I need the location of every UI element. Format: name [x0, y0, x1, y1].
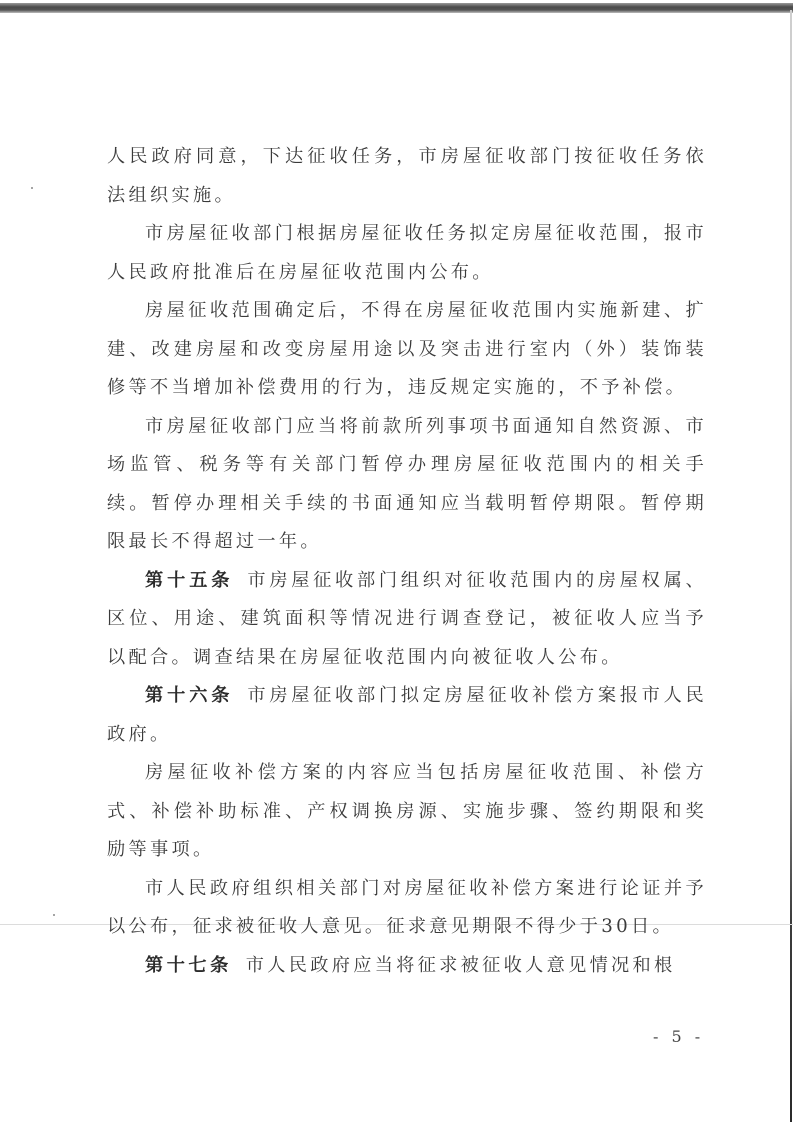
- scan-speck: [31, 187, 33, 189]
- document-body: 人民政府同意，下达征收任务，市房屋征收部门按征收任务依法组织实施。 市房屋征收部…: [107, 138, 707, 985]
- article-heading: 第十七条: [145, 955, 232, 976]
- paragraph-text: 市房屋征收部门根据房屋征收任务拟定房屋征收范围，报市人民政府批准后在房屋征收范围…: [107, 223, 707, 283]
- paragraph-text: 市房屋征收部门应当将前款所列事项书面通知自然资源、市场监管、税务等有关部门暂停办…: [107, 416, 707, 553]
- scan-right-edge: [790, 10, 792, 1122]
- article-16: 第十六条市房屋征收部门拟定房屋征收补偿方案报市人民政府。: [107, 677, 707, 754]
- paragraph-text: 市人民政府组织相关部门对房屋征收补偿方案进行论证并予以公布，征求被征收人意见。征…: [107, 878, 707, 938]
- paragraph-4: 市房屋征收部门应当将前款所列事项书面通知自然资源、市场监管、税务等有关部门暂停办…: [107, 408, 707, 562]
- paragraph-text: 人民政府同意，下达征收任务，市房屋征收部门按征收任务依法组织实施。: [107, 146, 707, 206]
- paragraph-text: 房屋征收补偿方案的内容应当包括房屋征收范围、补偿方式、补偿补助标准、产权调换房源…: [107, 762, 707, 860]
- paragraph-3: 房屋征收范围确定后，不得在房屋征收范围内实施新建、扩建、改建房屋和改变房屋用途以…: [107, 292, 707, 408]
- article-heading: 第十五条: [145, 570, 233, 591]
- paragraph-text: 市人民政府应当将征求被征收人意见情况和根: [246, 955, 676, 976]
- page-number: - 5 -: [653, 1027, 704, 1046]
- article-15: 第十五条市房屋征收部门组织对征收范围内的房屋权属、区位、用途、建筑面积等情况进行…: [107, 562, 707, 678]
- paragraph-8: 市人民政府组织相关部门对房屋征收补偿方案进行论证并予以公布，征求被征收人意见。征…: [107, 870, 707, 947]
- scan-top-edge: [0, 3, 793, 13]
- article-17: 第十七条市人民政府应当将征求被征收人意见情况和根: [107, 947, 707, 986]
- article-heading: 第十六条: [145, 685, 233, 706]
- paragraph-1: 人民政府同意，下达征收任务，市房屋征收部门按征收任务依法组织实施。: [107, 138, 707, 215]
- paragraph-text: 房屋征收范围确定后，不得在房屋征收范围内实施新建、扩建、改建房屋和改变房屋用途以…: [107, 300, 707, 398]
- scan-speck: [53, 914, 55, 916]
- paragraph-2: 市房屋征收部门根据房屋征收任务拟定房屋征收范围，报市人民政府批准后在房屋征收范围…: [107, 215, 707, 292]
- paragraph-7: 房屋征收补偿方案的内容应当包括房屋征收范围、补偿方式、补偿补助标准、产权调换房源…: [107, 754, 707, 870]
